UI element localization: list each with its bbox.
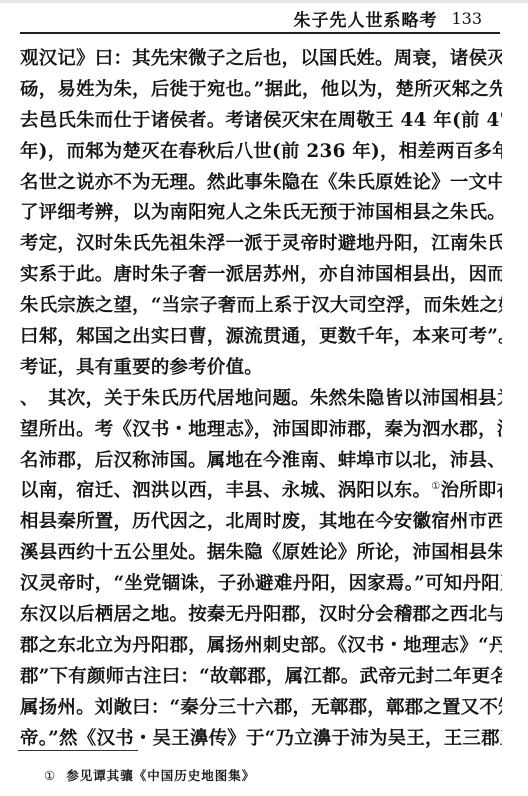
body-text: 观汉记》曰：其先宋微子之后也，以国氏姓。周衰，诸侯灭宋，奔 砀，易姓为朱，后徙于… bbox=[20, 44, 502, 754]
footnote-rule bbox=[18, 750, 138, 751]
text-line: 溪县西约十五公里处。据朱隐《原姓论》所论，沛国相县朱氏至后 bbox=[20, 538, 502, 569]
text-line: 属扬州。刘敞曰：“秦分三十六郡，无鄣郡，鄣郡之置又不知何 bbox=[20, 693, 502, 724]
header-rule bbox=[20, 32, 500, 34]
text-line: 实系于此。唐时朱子奢一派居苏州，亦自沛国相县出，因而，江南 bbox=[20, 260, 502, 291]
footnote: ①参见谭其骧《中国历史地图集》 bbox=[44, 766, 255, 784]
text-line: 名沛郡，后汉称沛国。属地在今淮南、蚌埠市以北，沛县、枣庄市 bbox=[20, 446, 502, 477]
text-line: 、 其次，关于朱氏历代居地问题。朱然朱隐皆以沛国相县为族 bbox=[20, 384, 502, 415]
page-top-edge bbox=[0, 0, 528, 3]
text-line: 朱氏宗族之望，“当宗子奢而上系于汉大司空浮，而朱姓之始实 bbox=[20, 291, 502, 322]
text-line: 东汉以后栖居之地。按秦无丹阳郡，汉时分会稽郡之西北与九江 bbox=[20, 600, 502, 631]
running-header-title: 朱子先人世系略考 bbox=[293, 6, 437, 31]
text-line: 了评细考辨，以为南阳宛人之朱氏无预于沛国相县之朱氏。朱隐 bbox=[20, 198, 502, 229]
text-line: 名世之说亦不为无理。然此事朱隐在《朱氏原姓论》一文中已作 bbox=[20, 168, 502, 199]
text-line-with-footnote: 以南，宿迁、泗洪以西，丰县、永城、涡阳以东。①治所即在相县。 bbox=[20, 476, 502, 507]
page-number: 133 bbox=[451, 9, 482, 28]
text-line: 年)，而邾为楚灭在春秋后八世(前 236 年)，相差两百多年，则邓 bbox=[20, 137, 502, 168]
text-line: 观汉记》曰：其先宋微子之后也，以国氏姓。周衰，诸侯灭宋，奔 bbox=[20, 44, 502, 75]
text-line: 考证，具有重要的参考价值。 bbox=[20, 353, 502, 384]
text-segment: 治所即在相县。 bbox=[440, 480, 502, 501]
text-segment: 以南，宿迁、泗洪以西，丰县、永城、涡阳以东。 bbox=[20, 480, 431, 501]
text-line: 砀，易姓为朱，后徙于宛也。”据此，他以为，楚所灭邾之先，已有 bbox=[20, 75, 502, 106]
footnote-text: 参见谭其骧《中国历史地图集》 bbox=[66, 768, 255, 783]
running-header: 朱子先人世系略考 133 bbox=[293, 7, 482, 29]
footnote-marker: ① bbox=[44, 768, 56, 783]
text-line: 相县秦所置，历代因之，北周时废，其地在今安徽宿州市西北，濉 bbox=[20, 507, 502, 538]
text-line: 郡之东北立为丹阳郡，属扬州刺史部。《汉书・地理志》“丹阳 bbox=[20, 631, 502, 662]
text-line: 考定，汉时朱氏先祖朱浮一派于灵帝时避地丹阳，江南朱氏始祖 bbox=[20, 229, 502, 260]
text-line: 郡”下有颜师古注曰：“故鄣郡，属江都。武帝元封二年更名丹阳， bbox=[20, 662, 502, 693]
text-line: 曰邾，邾国之出实曰曹，源流贯通，更数千年，本来可考”。朱隐的 bbox=[20, 322, 502, 353]
text-line: 望所出。考《汉书・地理志》，沛国即沛郡，秦为泗水郡，汉高帝更 bbox=[20, 415, 502, 446]
text-line: 汉灵帝时，“坐党锢诛，子孙避难丹阳，因家焉。”可知丹阳乃朱氏 bbox=[20, 569, 502, 600]
text-line: 去邑氏朱而仕于诸侯者。考诸侯灭宋在周敬王 44 年(前 476 bbox=[20, 106, 502, 137]
